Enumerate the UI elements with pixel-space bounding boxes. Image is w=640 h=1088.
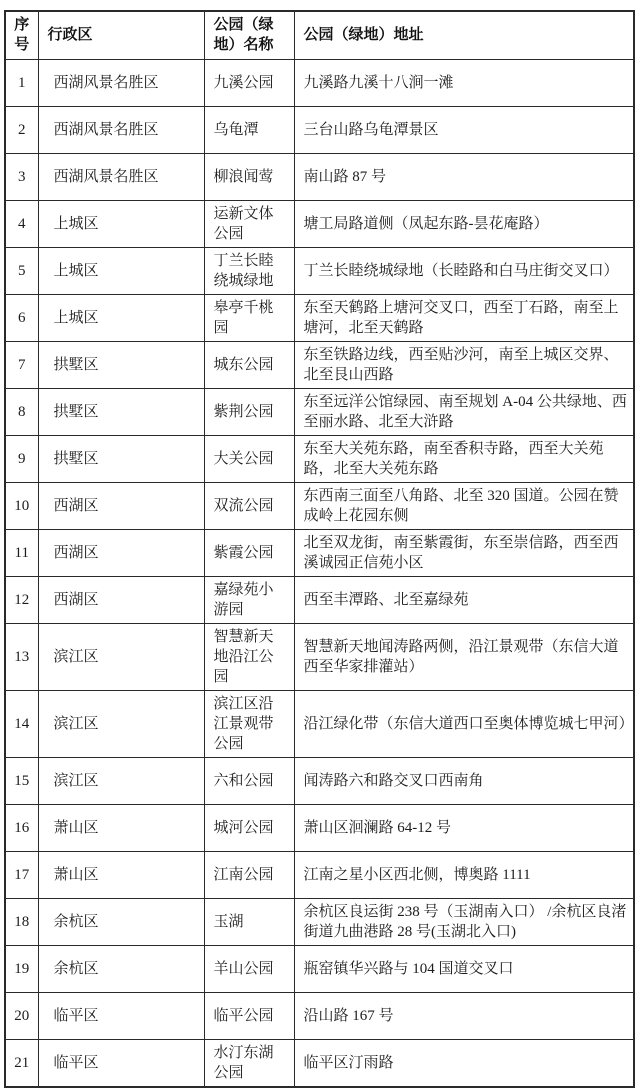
cell-no: 11 bbox=[5, 529, 38, 576]
header-cell-name: 公园（绿地）名称 bbox=[204, 11, 294, 59]
cell-district: 滨江区 bbox=[38, 757, 204, 804]
cell-address: 余杭区良运街 238 号（玉湖南入口） /余杭区良渚街道九曲港路 28 号(玉湖… bbox=[294, 898, 634, 945]
cell-no: 3 bbox=[5, 153, 38, 200]
table-header: 序号 行政区 公园（绿地）名称 公园（绿地）地址 bbox=[5, 11, 634, 59]
cell-no: 14 bbox=[5, 690, 38, 757]
cell-district: 西湖风景名胜区 bbox=[38, 153, 204, 200]
cell-name: 水汀东湖公园 bbox=[204, 1039, 294, 1087]
cell-no: 12 bbox=[5, 576, 38, 623]
cell-name: 滨江区沿江景观带公园 bbox=[204, 690, 294, 757]
cell-district: 萧山区 bbox=[38, 804, 204, 851]
table-row: 3西湖风景名胜区柳浪闻莺南山路 87 号 bbox=[5, 153, 634, 200]
cell-name: 运新文体公园 bbox=[204, 200, 294, 247]
cell-name: 皋亭千桃园 bbox=[204, 294, 294, 341]
cell-district: 西湖区 bbox=[38, 482, 204, 529]
cell-no: 19 bbox=[5, 945, 38, 992]
cell-name: 临平公园 bbox=[204, 992, 294, 1039]
cell-name: 大关公园 bbox=[204, 435, 294, 482]
table-row: 4上城区运新文体公园塘工局路道侧（凤起东路-昙花庵路） bbox=[5, 200, 634, 247]
table-row: 11西湖区紫霞公园北至双龙街，南至紫霞街，东至崇信路，西至西溪诚园正信苑小区 bbox=[5, 529, 634, 576]
cell-name: 丁兰长睦绕城绿地 bbox=[204, 247, 294, 294]
cell-address: 九溪路九溪十八涧一滩 bbox=[294, 59, 634, 106]
cell-no: 13 bbox=[5, 623, 38, 690]
cell-name: 羊山公园 bbox=[204, 945, 294, 992]
cell-address: 三台山路乌龟潭景区 bbox=[294, 106, 634, 153]
cell-address: 江南之星小区西北侧，博奥路 1111 bbox=[294, 851, 634, 898]
cell-district: 西湖区 bbox=[38, 576, 204, 623]
cell-no: 1 bbox=[5, 59, 38, 106]
cell-no: 21 bbox=[5, 1039, 38, 1087]
cell-name: 柳浪闻莺 bbox=[204, 153, 294, 200]
table-row: 8拱墅区紫荆公园东至远洋公馆绿园、南至规划 A-04 公共绿地、西至丽水路、北至… bbox=[5, 388, 634, 435]
cell-district: 余杭区 bbox=[38, 945, 204, 992]
header-row: 序号 行政区 公园（绿地）名称 公园（绿地）地址 bbox=[5, 11, 634, 59]
cell-name: 江南公园 bbox=[204, 851, 294, 898]
cell-address: 临平区汀雨路 bbox=[294, 1039, 634, 1087]
cell-district: 西湖风景名胜区 bbox=[38, 59, 204, 106]
cell-district: 上城区 bbox=[38, 247, 204, 294]
table-row: 16萧山区城河公园萧山区洄澜路 64-12 号 bbox=[5, 804, 634, 851]
cell-no: 7 bbox=[5, 341, 38, 388]
cell-address: 塘工局路道侧（凤起东路-昙花庵路） bbox=[294, 200, 634, 247]
table-row: 14滨江区滨江区沿江景观带公园沿江绿化带（东信大道西口至奥体博览城七甲河） bbox=[5, 690, 634, 757]
cell-no: 10 bbox=[5, 482, 38, 529]
cell-district: 上城区 bbox=[38, 294, 204, 341]
cell-name: 紫荆公园 bbox=[204, 388, 294, 435]
cell-no: 6 bbox=[5, 294, 38, 341]
table-row: 1西湖风景名胜区九溪公园九溪路九溪十八涧一滩 bbox=[5, 59, 634, 106]
cell-address: 瓶窑镇华兴路与 104 国道交叉口 bbox=[294, 945, 634, 992]
table-row: 13滨江区智慧新天地沿江公园智慧新天地闻涛路两侧，沿江景观带（东信大道西至华家排… bbox=[5, 623, 634, 690]
cell-district: 滨江区 bbox=[38, 623, 204, 690]
cell-name: 九溪公园 bbox=[204, 59, 294, 106]
cell-no: 18 bbox=[5, 898, 38, 945]
cell-address: 丁兰长睦绕城绿地（长睦路和白马庄街交叉口） bbox=[294, 247, 634, 294]
table-row: 17萧山区江南公园江南之星小区西北侧，博奥路 1111 bbox=[5, 851, 634, 898]
cell-no: 16 bbox=[5, 804, 38, 851]
cell-no: 2 bbox=[5, 106, 38, 153]
table-row: 20临平区临平公园沿山路 167 号 bbox=[5, 992, 634, 1039]
cell-address: 北至双龙街，南至紫霞街，东至崇信路，西至西溪诚园正信苑小区 bbox=[294, 529, 634, 576]
table-body: 1西湖风景名胜区九溪公园九溪路九溪十八涧一滩2西湖风景名胜区乌龟潭三台山路乌龟潭… bbox=[5, 59, 634, 1087]
table-row: 9拱墅区大关公园东至大关苑东路，南至香积寺路，西至大关苑路，北至大关苑东路 bbox=[5, 435, 634, 482]
table-row: 6上城区皋亭千桃园东至天鹤路上塘河交叉口，西至丁石路，南至上塘河，北至天鹤路 bbox=[5, 294, 634, 341]
cell-address: 萧山区洄澜路 64-12 号 bbox=[294, 804, 634, 851]
cell-district: 余杭区 bbox=[38, 898, 204, 945]
table-row: 19余杭区羊山公园瓶窑镇华兴路与 104 国道交叉口 bbox=[5, 945, 634, 992]
cell-address: 西至丰潭路、北至嘉绿苑 bbox=[294, 576, 634, 623]
cell-district: 拱墅区 bbox=[38, 341, 204, 388]
cell-address: 东西南三面至八角路、北至 320 国道。公园在赞成岭上花园东侧 bbox=[294, 482, 634, 529]
cell-district: 萧山区 bbox=[38, 851, 204, 898]
cell-address: 沿江绿化带（东信大道西口至奥体博览城七甲河） bbox=[294, 690, 634, 757]
cell-no: 15 bbox=[5, 757, 38, 804]
cell-district: 滨江区 bbox=[38, 690, 204, 757]
header-cell-district: 行政区 bbox=[38, 11, 204, 59]
table-row: 7拱墅区城东公园东至铁路边线，西至贴沙河，南至上城区交界、北至艮山西路 bbox=[5, 341, 634, 388]
cell-name: 嘉绿苑小游园 bbox=[204, 576, 294, 623]
cell-district: 西湖区 bbox=[38, 529, 204, 576]
park-list-table: 序号 行政区 公园（绿地）名称 公园（绿地）地址 1西湖风景名胜区九溪公园九溪路… bbox=[4, 10, 635, 1088]
cell-no: 20 bbox=[5, 992, 38, 1039]
cell-address: 东至远洋公馆绿园、南至规划 A-04 公共绿地、西至丽水路、北至大浒路 bbox=[294, 388, 634, 435]
cell-no: 5 bbox=[5, 247, 38, 294]
cell-district: 西湖风景名胜区 bbox=[38, 106, 204, 153]
cell-address: 智慧新天地闻涛路两侧，沿江景观带（东信大道西至华家排灌站） bbox=[294, 623, 634, 690]
cell-district: 临平区 bbox=[38, 1039, 204, 1087]
table-row: 10西湖区双流公园东西南三面至八角路、北至 320 国道。公园在赞成岭上花园东侧 bbox=[5, 482, 634, 529]
cell-district: 拱墅区 bbox=[38, 388, 204, 435]
cell-name: 乌龟潭 bbox=[204, 106, 294, 153]
cell-address: 东至天鹤路上塘河交叉口，西至丁石路，南至上塘河，北至天鹤路 bbox=[294, 294, 634, 341]
header-cell-address: 公园（绿地）地址 bbox=[294, 11, 634, 59]
cell-address: 东至大关苑东路，南至香积寺路，西至大关苑路，北至大关苑东路 bbox=[294, 435, 634, 482]
cell-district: 拱墅区 bbox=[38, 435, 204, 482]
table-row: 15滨江区六和公园闻涛路六和路交叉口西南角 bbox=[5, 757, 634, 804]
cell-no: 8 bbox=[5, 388, 38, 435]
cell-address: 闻涛路六和路交叉口西南角 bbox=[294, 757, 634, 804]
header-cell-no: 序号 bbox=[5, 11, 38, 59]
table-row: 18余杭区玉湖余杭区良运街 238 号（玉湖南入口） /余杭区良渚街道九曲港路 … bbox=[5, 898, 634, 945]
table-row: 2西湖风景名胜区乌龟潭三台山路乌龟潭景区 bbox=[5, 106, 634, 153]
cell-name: 六和公园 bbox=[204, 757, 294, 804]
cell-name: 玉湖 bbox=[204, 898, 294, 945]
cell-name: 城东公园 bbox=[204, 341, 294, 388]
table-row: 12西湖区嘉绿苑小游园西至丰潭路、北至嘉绿苑 bbox=[5, 576, 634, 623]
cell-name: 智慧新天地沿江公园 bbox=[204, 623, 294, 690]
cell-no: 9 bbox=[5, 435, 38, 482]
cell-address: 沿山路 167 号 bbox=[294, 992, 634, 1039]
cell-name: 城河公园 bbox=[204, 804, 294, 851]
cell-address: 东至铁路边线，西至贴沙河，南至上城区交界、北至艮山西路 bbox=[294, 341, 634, 388]
cell-name: 紫霞公园 bbox=[204, 529, 294, 576]
table-row: 21临平区水汀东湖公园临平区汀雨路 bbox=[5, 1039, 634, 1087]
cell-district: 临平区 bbox=[38, 992, 204, 1039]
cell-address: 南山路 87 号 bbox=[294, 153, 634, 200]
cell-no: 17 bbox=[5, 851, 38, 898]
cell-no: 4 bbox=[5, 200, 38, 247]
cell-name: 双流公园 bbox=[204, 482, 294, 529]
table-row: 5上城区丁兰长睦绕城绿地丁兰长睦绕城绿地（长睦路和白马庄街交叉口） bbox=[5, 247, 634, 294]
cell-district: 上城区 bbox=[38, 200, 204, 247]
